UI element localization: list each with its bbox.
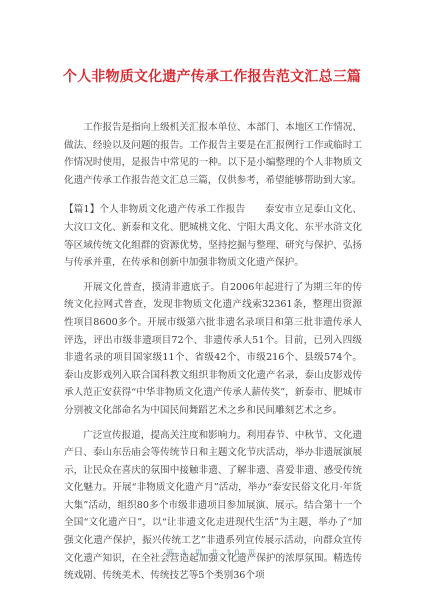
document-page: 个人非物质文化遗产传承工作报告范文汇总三篇 工作报告是指向上级机关汇报本单位、本… xyxy=(0,0,424,600)
body-paragraph: 广泛宣传报道，提高关注度和影响力。利用春节、中秋节、文化遗产日、泰山东岳庙会等传… xyxy=(64,427,362,585)
body-paragraph: 开展文化普查，摸清非遗底子。自2006年起进行了为期三年的传统文化拉网式普查，发… xyxy=(64,279,362,420)
document-title: 个人非物质文化遗产传承工作报告范文汇总三篇 xyxy=(0,66,424,86)
section-1-paragraph: 【篇1】个人非物质文化遗产传承工作报告 泰安市立足泰山文化、大汶口文化、新泰和文… xyxy=(64,201,362,271)
intro-paragraph: 工作报告是指向上级机关汇报本单位、本部门、本地区工作情况、做法、经验以及问题的报… xyxy=(64,119,362,189)
document-body: 工作报告是指向上级机关汇报本单位、本部门、本地区工作情况、做法、经验以及问题的报… xyxy=(64,119,362,592)
page-number-footer: 第 1 页 共 10 页 xyxy=(0,547,424,558)
